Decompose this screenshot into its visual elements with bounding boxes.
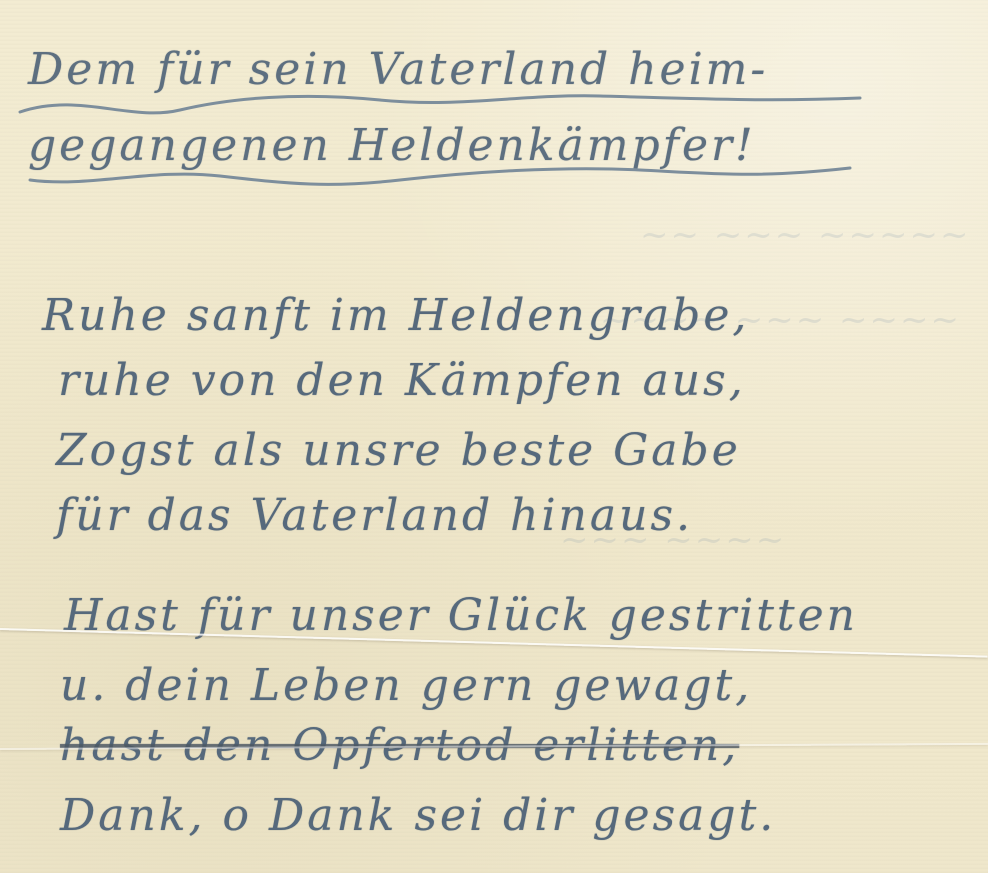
verse-line: Zogst als unsre beste Gabe	[56, 425, 741, 476]
show-through-text: ~~ ~~~ ~~~~~	[640, 215, 971, 255]
verse-line: ruhe von den Kämpfen aus,	[58, 355, 746, 406]
verse-line: Dank, o Dank sei dir gesagt.	[60, 790, 776, 841]
verse-line: Ruhe sanft im Heldengrabe,	[42, 290, 749, 341]
title-underline-2	[0, 158, 988, 198]
paper-sheet: ~~ ~~~ ~~~~~ ~~~~ ~~~ ~~~~ ~~~ ~~~~ Dem …	[0, 0, 988, 873]
title-underline-1	[0, 82, 988, 122]
verse-line: u. dein Leben gern gewagt,	[60, 660, 752, 711]
verse-line: für das Vaterland hinaus.	[56, 490, 693, 541]
